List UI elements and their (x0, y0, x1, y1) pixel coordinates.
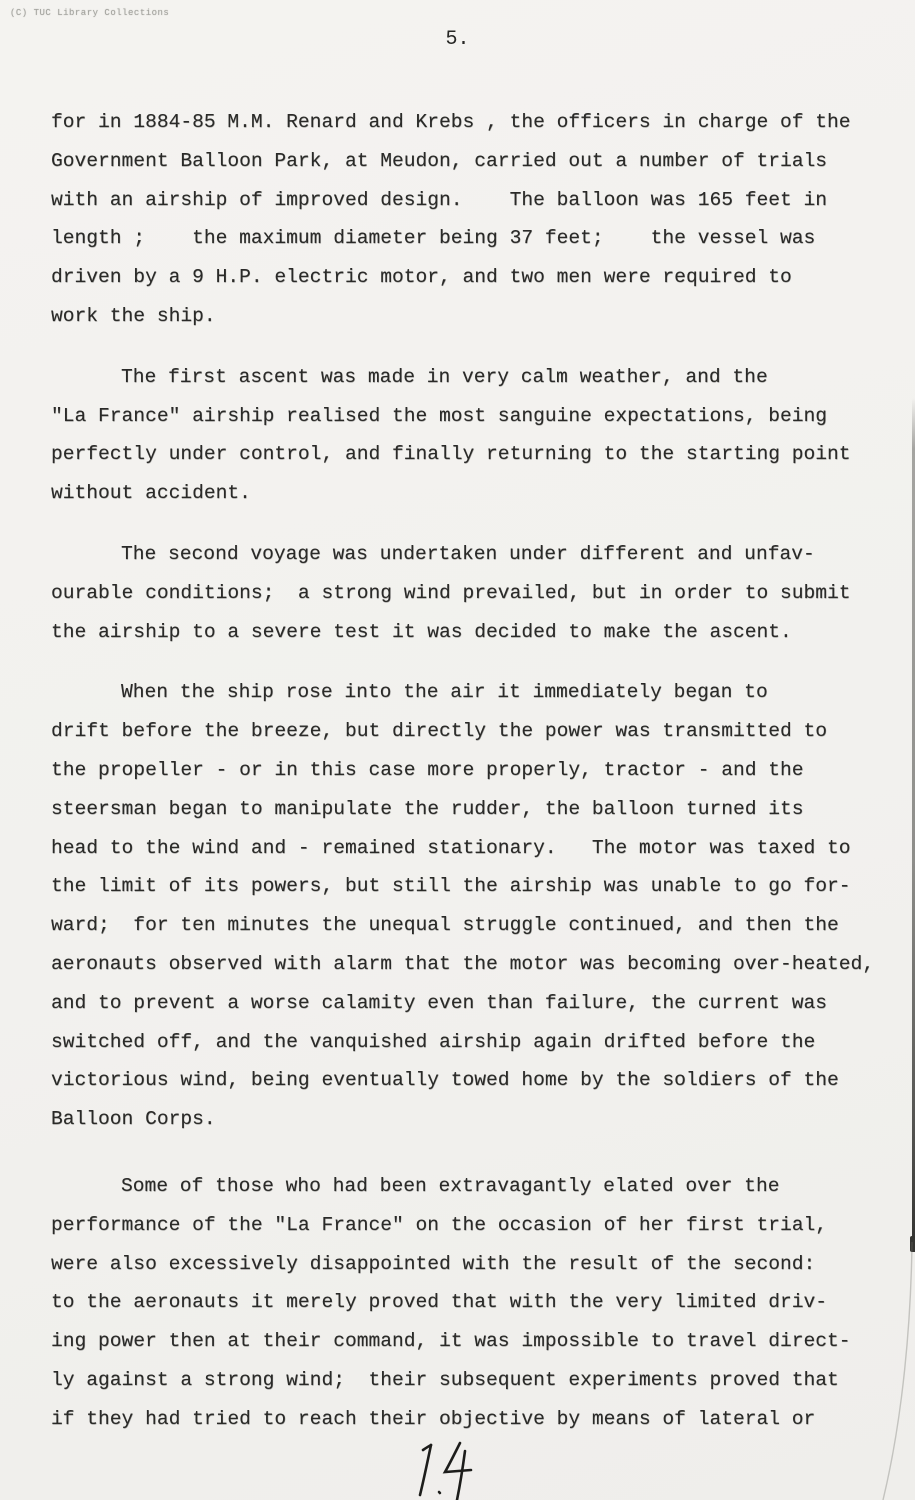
text-line: switched off, and the vanquished airship… (51, 1023, 874, 1062)
paragraph: Some of those who had been extravagantly… (51, 1167, 874, 1439)
text-line: ward; for ten minutes the unequal strugg… (51, 906, 874, 945)
paragraph: for in 1884-85 M.M. Renard and Krebs , t… (51, 103, 874, 336)
text-line: the limit of its powers, but still the a… (51, 867, 874, 906)
document-body: for in 1884-85 M.M. Renard and Krebs , t… (51, 103, 874, 1439)
text-line: and to prevent a worse calamity even tha… (51, 984, 874, 1023)
text-line: the propeller - or in this case more pro… (51, 751, 874, 790)
paragraph: When the ship rose into the air it immed… (51, 673, 874, 1139)
text-line: The second voyage was undertaken under d… (51, 535, 874, 574)
text-line: The first ascent was made in very calm w… (51, 358, 874, 397)
text-line: "La France" airship realised the most sa… (51, 397, 874, 436)
text-line: ing power then at their command, it was … (51, 1322, 874, 1361)
text-line: ourable conditions; a strong wind prevai… (51, 574, 874, 613)
watermark-label: (C) TUC Library Collections (10, 8, 169, 18)
text-line: aeronauts observed with alarm that the m… (51, 945, 874, 984)
text-line: Balloon Corps. (51, 1100, 874, 1139)
document-page: (C) TUC Library Collections 5. for in 18… (0, 0, 915, 1500)
text-line: with an airship of improved design. The … (51, 181, 874, 220)
text-line: to the aeronauts it merely proved that w… (51, 1283, 874, 1322)
text-line: performance of the "La France" on the oc… (51, 1206, 874, 1245)
scan-scratch-line (863, 1242, 915, 1500)
text-line: drift before the breeze, but directly th… (51, 712, 874, 751)
text-line: the airship to a severe test it was deci… (51, 613, 874, 652)
text-line: Government Balloon Park, at Meudon, carr… (51, 142, 874, 181)
paragraph: The first ascent was made in very calm w… (51, 358, 874, 513)
text-line: length ; the maximum diameter being 37 f… (51, 219, 874, 258)
text-line: Some of those who had been extravagantly… (51, 1167, 874, 1206)
handwritten-page-number: 14 (413, 1441, 483, 1500)
text-line: ly against a strong wind; their subseque… (51, 1361, 874, 1400)
text-line: steersman began to manipulate the rudder… (51, 790, 874, 829)
text-line: if they had tried to reach their objecti… (51, 1400, 874, 1439)
page-number: 5. (0, 28, 915, 51)
text-line: for in 1884-85 M.M. Renard and Krebs , t… (51, 103, 874, 142)
paragraph: The second voyage was undertaken under d… (51, 535, 874, 651)
text-line: victorious wind, being eventually towed … (51, 1061, 874, 1100)
text-line: driven by a 9 H.P. electric motor, and t… (51, 258, 874, 297)
text-line: work the ship. (51, 297, 874, 336)
text-line: without accident. (51, 474, 874, 513)
text-line: head to the wind and - remained stationa… (51, 829, 874, 868)
text-line: perfectly under control, and finally ret… (51, 435, 874, 474)
handwritten-14-strokes (413, 1441, 483, 1500)
text-line: When the ship rose into the air it immed… (51, 673, 874, 712)
text-line: were also excessively disappointed with … (51, 1245, 874, 1284)
